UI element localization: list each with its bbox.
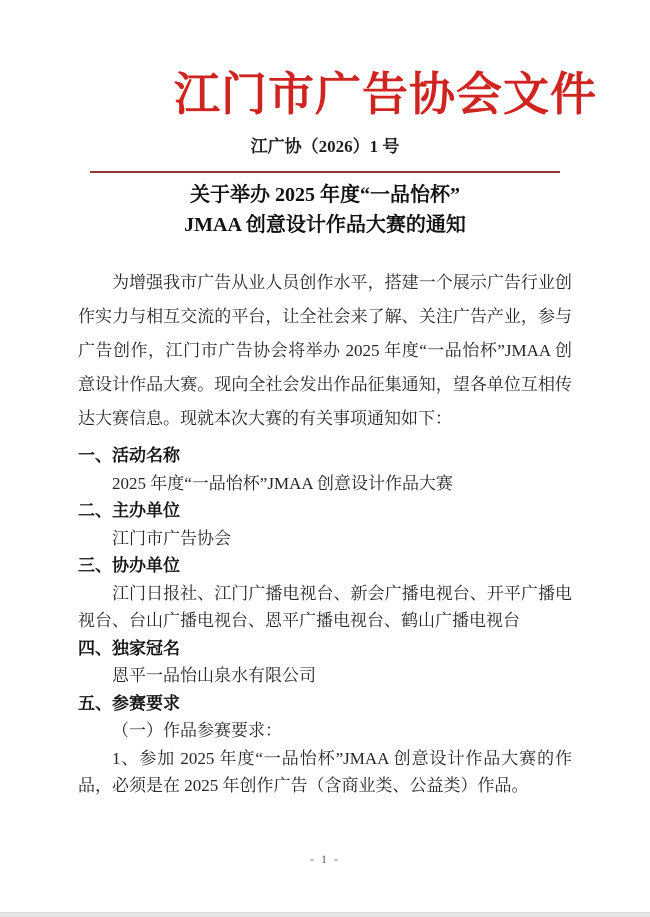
sub-heading-work-requirements: （一）作品参赛要求： — [78, 717, 572, 745]
section-heading-exclusive-sponsor: 四、独家冠名 — [78, 635, 572, 663]
scanned-document: 江门市广告协会文件 江广协（2026）1 号 关于举办 2025 年度“一品怡杯… — [0, 0, 650, 917]
section-heading-entry-requirements: 五、参赛要求 — [78, 690, 572, 718]
section-content-activity-name: 2025 年度“一品怡杯”JMAA 创意设计作品大赛 — [78, 470, 572, 498]
section-list: 一、活动名称 2025 年度“一品怡杯”JMAA 创意设计作品大赛 二、主办单位… — [78, 442, 572, 800]
section-heading-co-organizers: 三、协办单位 — [78, 552, 572, 580]
section-content-exclusive-sponsor: 恩平一品怡山泉水有限公司 — [78, 662, 572, 690]
requirement-item-1: 1、参加 2025 年度“一品怡杯”JMAA 创意设计作品大赛的作品，必须是在 … — [78, 745, 572, 800]
section-content-organizer: 江门市广告协会 — [78, 525, 572, 553]
scan-edge-shadow — [0, 912, 650, 917]
page-number: - 1 - — [0, 852, 650, 867]
document-number: 江广协（2026）1 号 — [78, 135, 572, 159]
notice-title: 关于举办 2025 年度“一品怡杯” JMAA 创意设计作品大赛的通知 — [78, 180, 572, 240]
notice-title-line1: 关于举办 2025 年度“一品怡杯” — [78, 180, 572, 210]
red-separator-line — [90, 171, 560, 173]
section-content-co-organizers: 江门日报社、江门广播电视台、新会广播电视台、开平广播电视台、台山广播电视台、恩平… — [78, 580, 572, 635]
letterhead-title: 江门市广告协会文件 — [78, 70, 572, 120]
document-page: 江门市广告协会文件 江广协（2026）1 号 关于举办 2025 年度“一品怡杯… — [0, 0, 650, 917]
section-heading-organizer: 二、主办单位 — [78, 497, 572, 525]
section-heading-activity-name: 一、活动名称 — [78, 442, 572, 470]
notice-title-line2: JMAA 创意设计作品大赛的通知 — [78, 210, 572, 240]
intro-paragraph: 为增强我市广告从业人员创作水平，搭建一个展示广告行业创作实力与相互交流的平台，让… — [78, 266, 572, 436]
